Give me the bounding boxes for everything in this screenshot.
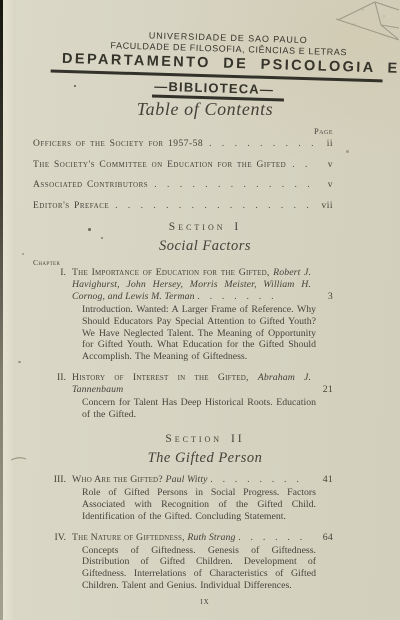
chapter-title-block: History of Interest in the Gifted, Abrah… (72, 372, 333, 396)
toc-entry: Associated Contributors . . . . . . . . … (33, 180, 333, 190)
toc-entry-label: Officers of the Society for 1957-58 (33, 139, 203, 149)
chapter-description: Role of Gifted Persons in Social Progres… (82, 487, 333, 522)
paper-blemish (346, 150, 349, 153)
dot-leader: . . . . . . (238, 532, 302, 543)
chapter-title: Who Are the Gifted? (72, 474, 163, 485)
front-matter-list: Officers of the Society for 1957-58 . . … (33, 139, 333, 211)
chapter-entry: III. Who Are the Gifted? Paul Witty . . … (33, 474, 333, 522)
pencil-speck (18, 361, 21, 363)
chapter-numeral: IV. (33, 532, 66, 543)
folio-page-number: ix (33, 597, 377, 607)
page-content: Table of Contents Page Officers of the S… (33, 0, 333, 607)
dot-leader: . . . . . . . . . . . . . . . . . . . . … (203, 139, 315, 149)
dot-leader: . . . . . . . (197, 291, 273, 302)
chapter-description: Concern for Talent Has Deep Historical R… (82, 397, 333, 420)
chapter-title-block: The Importance of Education for the Gift… (72, 267, 333, 303)
chapter-page-number: 64 (323, 532, 333, 544)
chapter-column-label: Chapter (33, 258, 333, 267)
chapter-entry: IV. The Nature of Giftedness, Ruth Stran… (33, 532, 333, 592)
toc-entry-page-number: v (315, 180, 333, 190)
toc-entry-label: The Society's Committee on Education for… (33, 160, 286, 170)
pencil-dash-icon (11, 455, 27, 463)
chapter-title: History of Interest in the Gifted, (72, 372, 249, 383)
chapter-numeral: III. (33, 474, 66, 485)
chapter-description: Introduction. Wanted: A Larger Frame of … (82, 304, 333, 363)
chapter-title-block: The Nature of Giftedness, Ruth Strang . … (72, 532, 333, 544)
section-subtitle: The Gifted Person (33, 450, 377, 466)
page-column-header: Page (33, 126, 333, 136)
chapter-title: The Nature of Giftedness, (72, 532, 185, 543)
page-title: Table of Contents (33, 99, 377, 120)
chapter-page-number: 41 (323, 474, 333, 486)
chapter-description: Concepts of Giftedness. Genesis of Gifte… (82, 545, 333, 592)
dot-leader: . . . . . . . . . . . . . . . . . . . . … (109, 201, 315, 211)
chapter-entry: I. The Importance of Education for the G… (33, 267, 333, 363)
dot-leader: . . . . . . . . . . . . . . . . . . . . … (286, 160, 315, 170)
section-subtitle: Social Factors (33, 238, 377, 254)
section-heading: Section I (33, 221, 377, 233)
dot-leader: . . . . . . . . . . . . . . . . . . . . … (148, 180, 315, 190)
toc-entry-page-number: v (315, 160, 333, 170)
toc-entry-label: Editor's Preface (33, 201, 109, 211)
chapter-entry: II. History of Interest in the Gifted, A… (33, 372, 333, 421)
toc-entry: The Society's Committee on Education for… (33, 160, 333, 170)
toc-entry-page-number: vii (315, 201, 333, 211)
chapter-numeral: II. (33, 372, 66, 383)
chapter-title-block: Who Are the Gifted? Paul Witty . . . . .… (72, 474, 333, 486)
toc-entry-label: Associated Contributors (33, 180, 148, 190)
scanned-book-page: UNIVERSIDADE DE SAO PAULO FACULDADE DE F… (0, 0, 400, 620)
dot-leader: . . . . . . . . (210, 474, 299, 485)
chapter-page-number: 3 (328, 291, 333, 303)
ink-speck (22, 253, 24, 255)
toc-entry-page-number: ii (315, 139, 333, 149)
chapter-page-number: 21 (323, 384, 333, 396)
chapter-numeral: I. (33, 267, 66, 278)
section-heading: Section II (33, 433, 377, 445)
chapter-authors: Paul Witty (166, 474, 208, 485)
chapter-authors: Ruth Strang (187, 532, 235, 543)
toc-entry: Officers of the Society for 1957-58 . . … (33, 139, 333, 149)
toc-entry: Editor's Preface . . . . . . . . . . . .… (33, 201, 333, 211)
chapter-title: The Importance of Education for the Gift… (72, 267, 269, 278)
